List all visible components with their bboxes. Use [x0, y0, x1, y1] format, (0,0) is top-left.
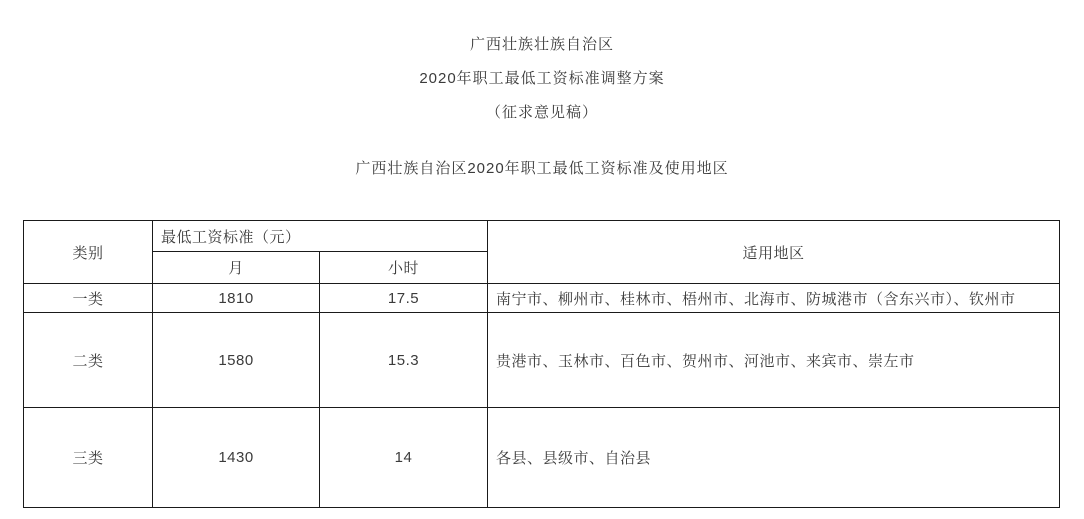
cell-hourly-wage: 14 [320, 408, 488, 508]
table-caption: 广西壮族自治区2020年职工最低工资标准及使用地区 [0, 161, 1084, 177]
header-row-top: 类别 最低工资标准（元） 适用地区 [24, 221, 1060, 252]
cell-monthly-wage: 1580 [153, 313, 320, 408]
cell-regions: 南宁市、柳州市、桂林市、梧州市、北海市、防城港市（含东兴市）、钦州市 [488, 284, 1060, 313]
cell-regions: 各县、县级市、自治县 [488, 408, 1060, 508]
header-category: 类别 [24, 221, 153, 284]
header-hourly: 小时 [320, 252, 488, 284]
title-line-3: （征求意见稿） [0, 105, 1084, 121]
cell-hourly-wage: 15.3 [320, 313, 488, 408]
cell-category: 一类 [24, 284, 153, 313]
cell-category: 二类 [24, 313, 153, 408]
header-standard-group: 最低工资标准（元） [153, 221, 488, 252]
header-regions: 适用地区 [488, 221, 1060, 284]
cell-regions: 贵港市、玉林市、百色市、贺州市、河池市、来宾市、崇左市 [488, 313, 1060, 408]
table-row-class-3: 三类 1430 14 各县、县级市、自治县 [24, 408, 1060, 508]
title-line-1: 广西壮族壮族自治区 [0, 37, 1084, 53]
cell-category: 三类 [24, 408, 153, 508]
table-row-class-1: 一类 1810 17.5 南宁市、柳州市、桂林市、梧州市、北海市、防城港市（含东… [24, 284, 1060, 313]
cell-monthly-wage: 1810 [153, 284, 320, 313]
header-monthly: 月 [153, 252, 320, 284]
cell-hourly-wage: 17.5 [320, 284, 488, 313]
title-line-2: 2020年职工最低工资标准调整方案 [0, 71, 1084, 87]
cell-monthly-wage: 1430 [153, 408, 320, 508]
document-title-block: 广西壮族壮族自治区 2020年职工最低工资标准调整方案 （征求意见稿） [0, 0, 1084, 121]
table-row-class-2: 二类 1580 15.3 贵港市、玉林市、百色市、贺州市、河池市、来宾市、崇左市 [24, 313, 1060, 408]
minimum-wage-table: 类别 最低工资标准（元） 适用地区 月 小时 一类 1810 17.5 南宁市、… [23, 220, 1060, 508]
